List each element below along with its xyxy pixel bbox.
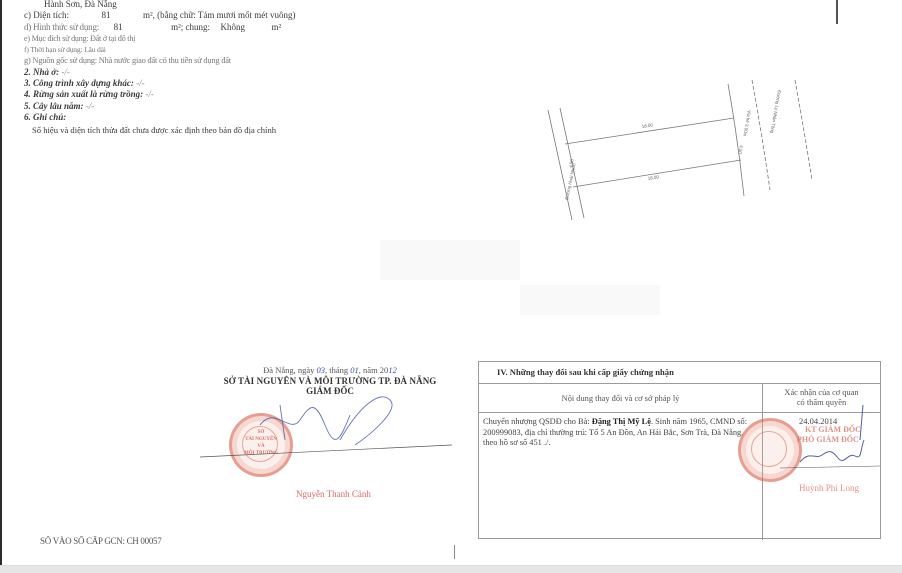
confirmer-handwritten-signature — [760, 400, 900, 480]
area-line: c) Diện tích: 81 m², (bằng chữ: Tám mươi… — [24, 10, 444, 21]
svg-text:Đường Lý Nhân Tông: Đường Lý Nhân Tông — [769, 90, 782, 134]
section-perennial-trees: 5. Cây lâu năm: -/- — [24, 101, 444, 112]
svg-text:18.00: 18.00 — [641, 122, 653, 129]
origin-line: g) Nguồn gốc sử dụng: Nhà nước giao đất … — [24, 55, 444, 66]
area-value: 81 — [101, 10, 110, 20]
svg-text:Đường Hoài Nhơn: Đường Hoài Nhơn — [564, 162, 577, 200]
scan-smudge — [380, 240, 520, 280]
transferee-name: Đặng Thị Mỹ Lệ — [592, 417, 651, 426]
notes-text: Số hiệu và diện tích thửa đất chưa được … — [24, 125, 444, 136]
plot-diagram: 18.00 18.00 4.50 4.50 Đường Hoài Nhơn Vỉ… — [520, 80, 820, 230]
svg-text:Vỉa hè 3.00m: Vỉa hè 3.00m — [742, 110, 753, 137]
plot-diagram-drawing: 18.00 18.00 4.50 4.50 Đường Hoài Nhơn Vỉ… — [520, 80, 820, 230]
changes-table-heading: IV. Những thay đổi sau khi cấp giấy chứn… — [479, 362, 880, 384]
page-edge-mark — [836, 0, 838, 24]
issuing-organization: SỞ TÀI NGUYÊN VÀ MÔI TRƯỜNG TP. ĐÀ NẴNG — [190, 376, 470, 386]
confirm-signer-name: Huỳnh Phi Long — [799, 483, 859, 493]
duration-line: f) Thời hạn sử dụng: Lâu dài — [24, 44, 444, 55]
window-left-border — [0, 0, 2, 566]
registration-number: SỐ VÀO SỔ CẤP GCN: CH 00057 — [40, 536, 161, 546]
change-content-cell: Chuyển nhượng QSDĐ cho Bà: Đặng Thị Mỹ L… — [479, 413, 763, 540]
issuer-handwritten-signature — [190, 395, 460, 475]
purpose-line: e) Mục đích sử dụng: Đất ở tại đô thị — [24, 33, 444, 44]
issuer-signer-name: Nguyễn Thanh Cảnh — [296, 489, 371, 499]
section-other-works: 3. Công trình xây dựng khác: -/- — [24, 78, 444, 89]
column-header-content: Nội dung thay đổi và cơ sở pháp lý — [479, 384, 763, 412]
land-info-section: Hành Sơn, Đà Nẵng c) Diện tích: 81 m², (… — [24, 0, 444, 137]
issuer-signature-block: Đà Nẵng, ngày 03, tháng 01, năm 2012 SỞ … — [190, 365, 470, 396]
usage-form-line: d) Hình thức sử dụng: 81 m²; chung: Khôn… — [24, 22, 444, 33]
section-planted-forest: 4. Rừng sản xuất là rừng trồng: -/- — [24, 89, 444, 100]
svg-text:18.00: 18.00 — [647, 174, 659, 181]
svg-text:4.50: 4.50 — [737, 145, 744, 155]
page-fold-mark — [454, 545, 455, 559]
issue-date: Đà Nẵng, ngày 03, tháng 01, năm 2012 — [190, 365, 470, 375]
viewer-bottom-bar — [0, 565, 902, 573]
scan-smudge — [520, 285, 660, 315]
section-notes: 6. Ghi chú: — [24, 112, 444, 123]
address-line: Hành Sơn, Đà Nẵng — [24, 0, 444, 10]
section-house: 2. Nhà ở: -/- — [24, 67, 444, 78]
